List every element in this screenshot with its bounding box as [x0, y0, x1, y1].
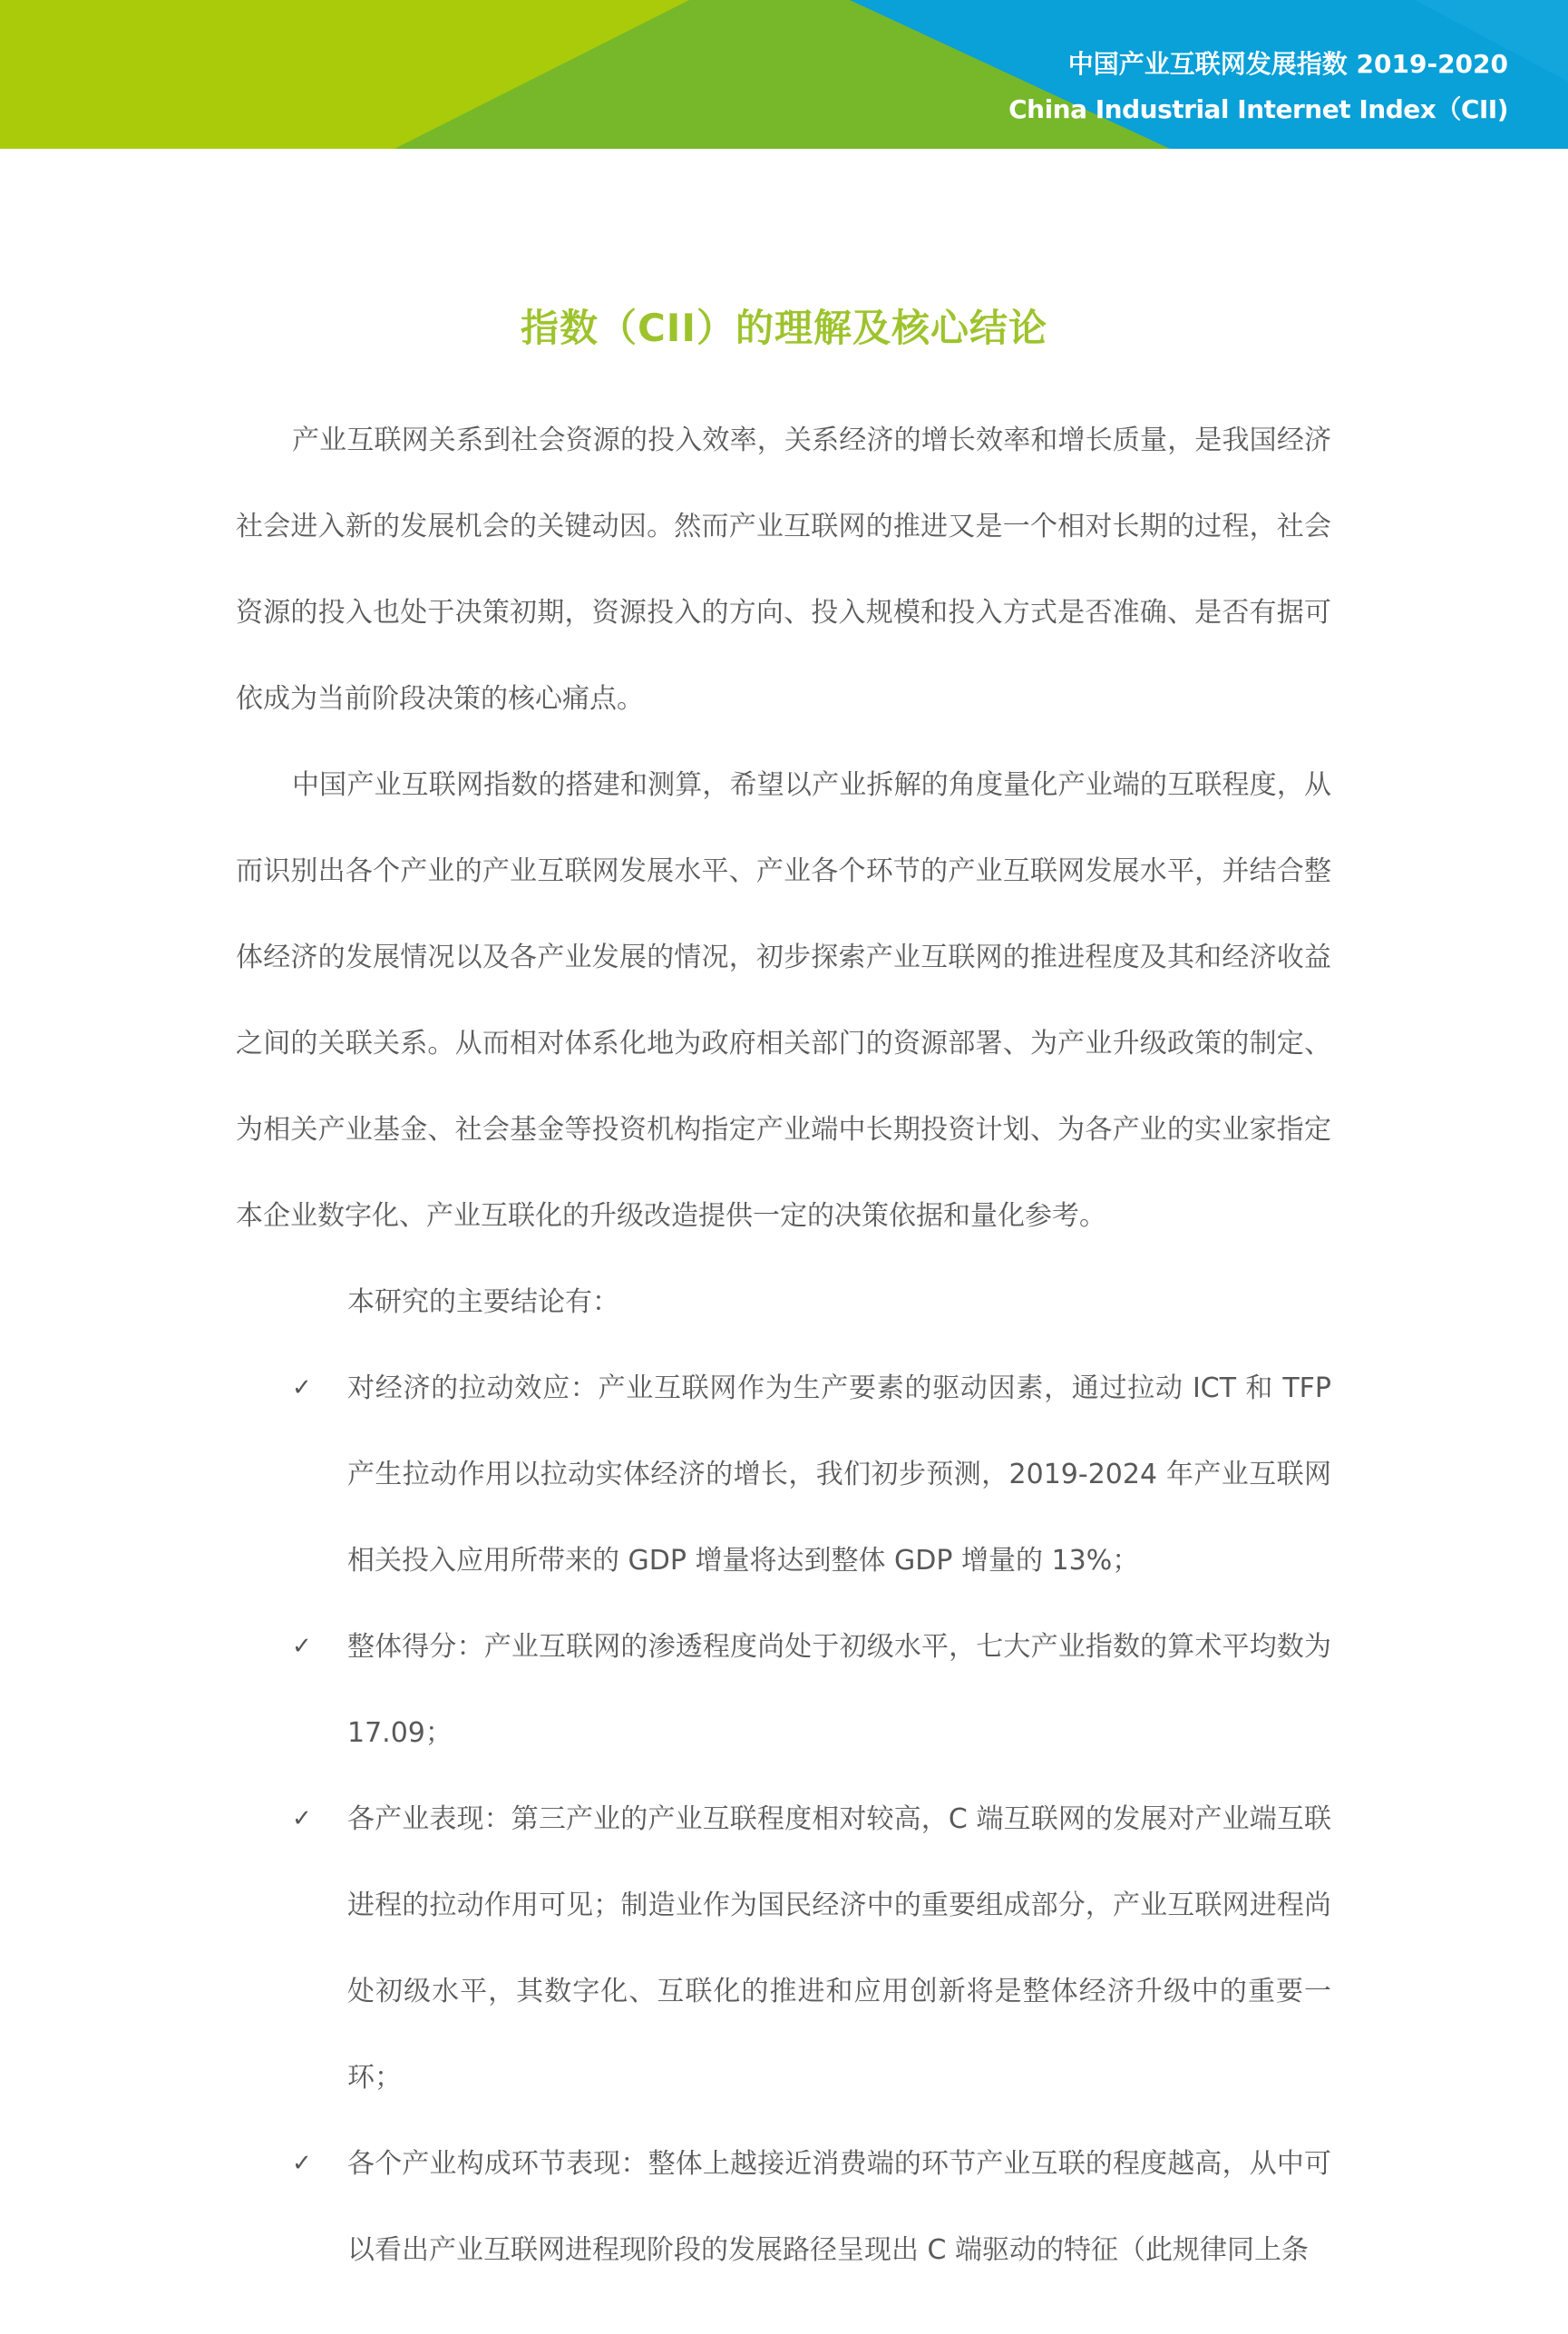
header-banner: 中国产业互联网发展指数 2019-2020 China Industrial I… [0, 0, 1568, 149]
conclusion-item-segment-performance: ✓ 各个产业构成环节表现：整体上越接近消费端的环节产业互联的程度越高，从中可以看… [236, 2121, 1331, 2293]
header-title-english: China Industrial Internet Index（CII) [1008, 94, 1508, 125]
intro-paragraph: 产业互联网关系到社会资源的投入效率，关系经济的增长效率和增长质量，是我国经济社会… [236, 397, 1331, 742]
conclusion-text: 各个产业构成环节表现：整体上越接近消费端的环节产业互联的程度越高，从中可以看出产… [347, 2148, 1331, 2266]
body-content: 产业互联网关系到社会资源的投入效率，关系经济的增长效率和增长质量，是我国经济社会… [236, 397, 1331, 2293]
purpose-paragraph: 中国产业互联网指数的搭建和测算，希望以产业拆解的角度量化产业端的互联程度，从而识… [236, 742, 1331, 1259]
conclusion-item-overall-score: ✓ 整体得分：产业互联网的渗透程度尚处于初级水平，七大产业指数的算术平均数为 1… [236, 1604, 1331, 1776]
checkmark-icon: ✓ [292, 1776, 312, 1862]
conclusion-text: 各产业表现：第三产业的产业互联程度相对较高，C 端互联网的发展对产业端互联进程的… [347, 1803, 1331, 2094]
conclusion-item-economic-effect: ✓ 对经济的拉动效应：产业互联网作为生产要素的驱动因素，通过拉动 ICT 和 T… [236, 1345, 1331, 1604]
conclusions-list: ✓ 对经济的拉动效应：产业互联网作为生产要素的驱动因素，通过拉动 ICT 和 T… [236, 1345, 1331, 2293]
checkmark-icon: ✓ [292, 1604, 312, 1690]
conclusion-item-industry-performance: ✓ 各产业表现：第三产业的产业互联程度相对较高，C 端互联网的发展对产业端互联进… [236, 1776, 1331, 2121]
conclusion-text: 整体得分：产业互联网的渗透程度尚处于初级水平，七大产业指数的算术平均数为 17.… [347, 1631, 1331, 1749]
checkmark-icon: ✓ [292, 2121, 312, 2207]
page-title: 指数（CII）的理解及核心结论 [0, 303, 1568, 354]
conclusion-text: 对经济的拉动效应：产业互联网作为生产要素的驱动因素，通过拉动 ICT 和 TFP… [347, 1372, 1331, 1577]
conclusions-lead: 本研究的主要结论有： [236, 1259, 1331, 1345]
checkmark-icon: ✓ [292, 1345, 312, 1431]
header-title-chinese: 中国产业互联网发展指数 2019-2020 [1068, 49, 1508, 80]
